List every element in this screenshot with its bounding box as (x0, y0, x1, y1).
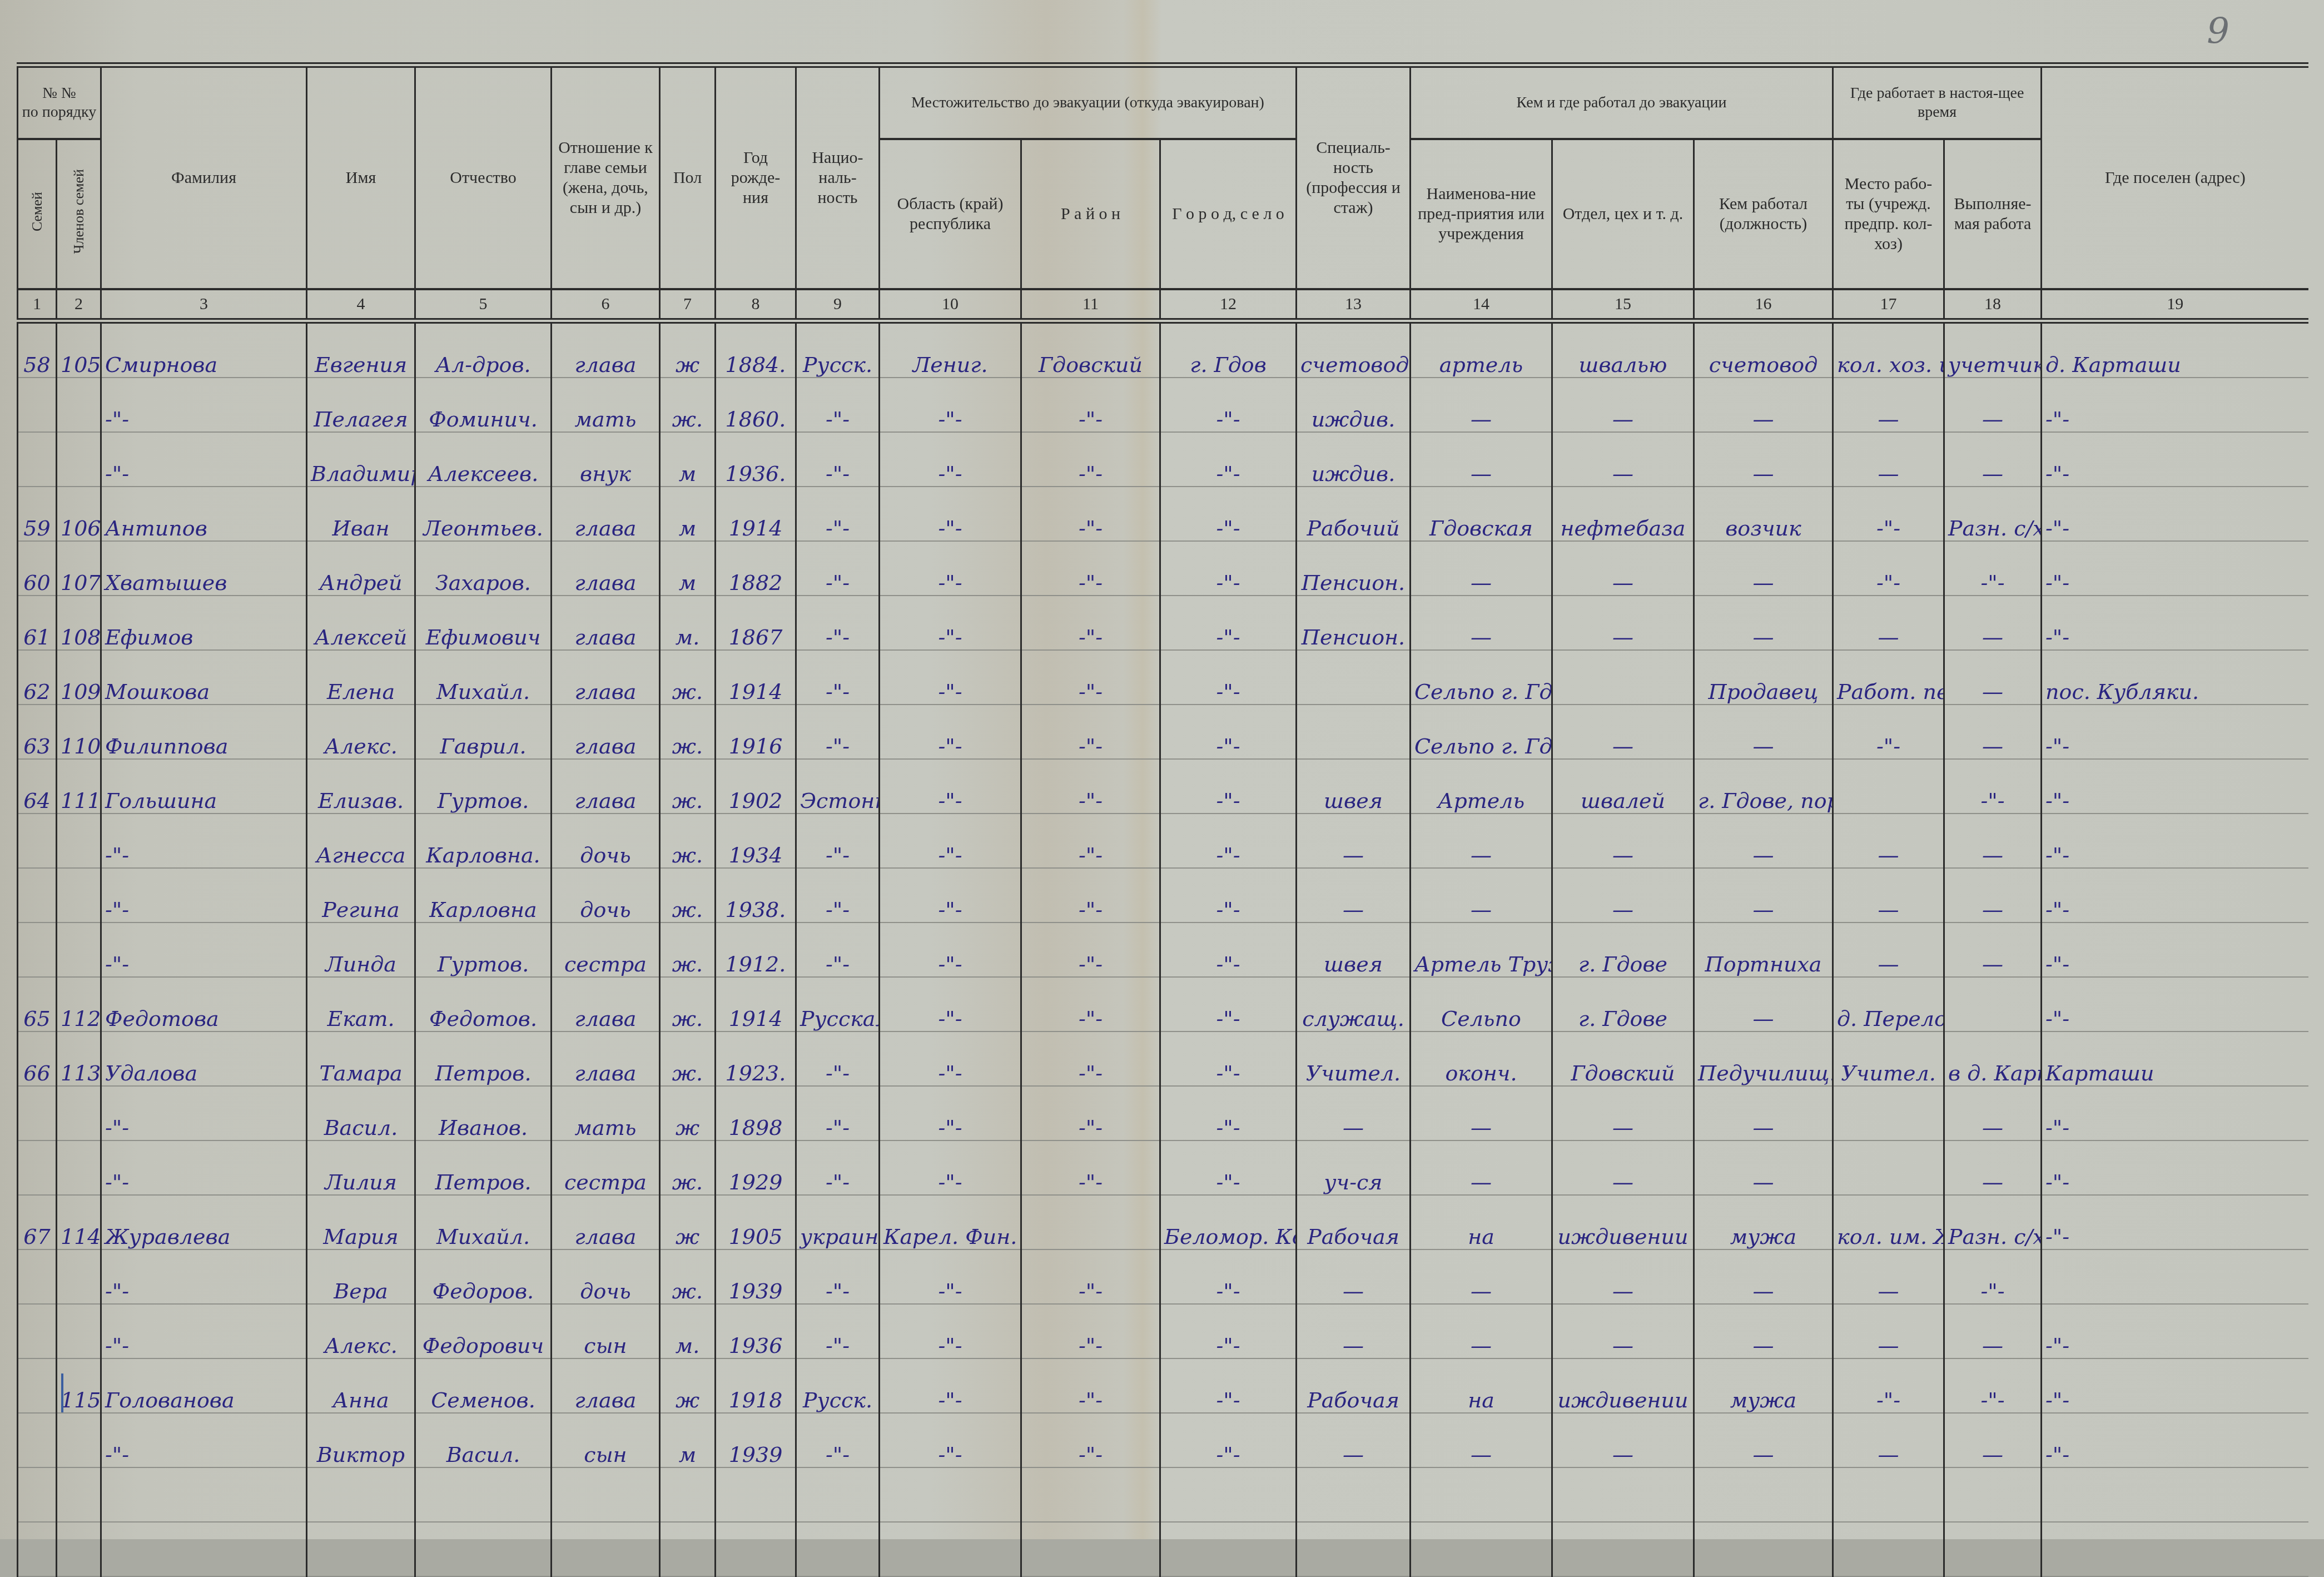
cell-member-no: 111 (57, 759, 101, 814)
cell-department: — (1552, 1140, 1694, 1195)
cell-family-no: 61 (18, 596, 57, 650)
cell-relation: сестра (552, 923, 660, 977)
cell-patronymic: Гуртов. (415, 759, 552, 814)
cell-nationality: -"- (796, 814, 880, 868)
table-row: 61108ЕфимовАлексейЕфимовичглавам.1867-"-… (18, 596, 2308, 650)
cell-settled: -"- (2042, 705, 2308, 759)
table-row: 62109МошковаЕленаМихайл.главаж.1914-"--"… (18, 650, 2308, 705)
cell-workplace: Учител. (1833, 1032, 1944, 1086)
cell-department: нефтебаза (1552, 487, 1694, 541)
cell-first-name: Пелагея (307, 378, 415, 432)
cell-district: -"- (1021, 541, 1160, 596)
page-number: 9 (2207, 11, 2229, 52)
cell-member-no (57, 868, 101, 923)
cell-family-no (18, 1086, 57, 1140)
cell-relation: мать (552, 378, 660, 432)
cell-nationality: Русская (796, 977, 880, 1032)
cell-current-job: -"- (1944, 1358, 2042, 1413)
header-current-work-group: Где работает в настоя-щее время (1833, 65, 2042, 139)
cell-first-name: Елизав. (307, 759, 415, 814)
cell-first-name: Линда (307, 923, 415, 977)
cell-birth-year: 1939 (716, 1249, 796, 1304)
cell-specialty: — (1297, 1413, 1411, 1467)
cell-relation: глава (552, 321, 660, 378)
cell-relation: глава (552, 487, 660, 541)
cell-relation: дочь (552, 1249, 660, 1304)
cell-region: -"- (880, 868, 1021, 923)
cell-specialty: — (1297, 1249, 1411, 1304)
cell-family-no: 59 (18, 487, 57, 541)
header-birth-year: Год рожде-ния (716, 65, 796, 289)
cell-surname: -"- (101, 432, 307, 487)
cell-position: — (1694, 1249, 1833, 1304)
cell-enterprise: на (1411, 1358, 1552, 1413)
cell-settled: -"- (2042, 977, 2308, 1032)
cell-family-no (18, 923, 57, 977)
header-current-job: Выполняе-мая работа (1944, 139, 2042, 289)
cell-birth-year: 1914 (716, 977, 796, 1032)
cell-department: — (1552, 541, 1694, 596)
cell-settled: -"- (2042, 1413, 2308, 1467)
header-order-group: № № по порядку (18, 65, 101, 139)
cell-nationality: -"- (796, 1140, 880, 1195)
cell-district: -"- (1021, 814, 1160, 868)
cell-department: — (1552, 814, 1694, 868)
cell-enterprise: Артель Труженик (1411, 923, 1552, 977)
cell-first-name: Тамара (307, 1032, 415, 1086)
cell-member-no: 110 (57, 705, 101, 759)
cell-first-name: Алекс. (307, 705, 415, 759)
cell-workplace: Работ. перевоз. (1833, 650, 1944, 705)
cell-district: -"- (1021, 1086, 1160, 1140)
cell-first-name: Владимир (307, 432, 415, 487)
cell-patronymic: Леонтьев. (415, 487, 552, 541)
cell-department: — (1552, 1413, 1694, 1467)
cell-patronymic: Гуртов. (415, 923, 552, 977)
cell-workplace: кол. хоз. им. Жданова (1833, 321, 1944, 378)
header-relation: Отношение к главе семьи (жена, дочь, сын… (552, 65, 660, 289)
cell-enterprise: — (1411, 1140, 1552, 1195)
cell-district: -"- (1021, 1358, 1160, 1413)
cell-region: -"- (880, 1304, 1021, 1358)
table-row: -"-АгнессаКарловна.дочьж.1934-"--"--"--"… (18, 814, 2308, 868)
cell-city: -"- (1160, 650, 1297, 705)
cell-specialty: Учител. (1297, 1032, 1411, 1086)
cell-nationality: -"- (796, 705, 880, 759)
header-region: Область (край) республика (880, 139, 1021, 289)
cell-nationality: -"- (796, 868, 880, 923)
cell-birth-year: 1934 (716, 814, 796, 868)
cell-surname: -"- (101, 378, 307, 432)
cell-enterprise: — (1411, 378, 1552, 432)
cell-settled: -"- (2042, 1140, 2308, 1195)
cell-member-no (57, 1304, 101, 1358)
cell-enterprise: оконч. (1411, 1032, 1552, 1086)
cell-relation: сестра (552, 1140, 660, 1195)
cell-family-no: 65 (18, 977, 57, 1032)
cell-settled: -"- (2042, 1195, 2308, 1249)
cell-patronymic: Васил. (415, 1413, 552, 1467)
cell-specialty: Рабочая (1297, 1195, 1411, 1249)
cell-position: счетовод (1694, 321, 1833, 378)
header-department: Отдел, цех и т. д. (1552, 139, 1694, 289)
cell-patronymic: Гаврил. (415, 705, 552, 759)
cell-settled: пос. Кубляки. (2042, 650, 2308, 705)
cell-current-job: -"- (1944, 1249, 2042, 1304)
cell-district: -"- (1021, 923, 1160, 977)
column-number: 12 (1160, 289, 1297, 321)
cell-member-no (57, 814, 101, 868)
column-number: 17 (1833, 289, 1944, 321)
cell-current-job: — (1944, 923, 2042, 977)
table-row: -"-РегинаКарловнадочьж.1938.-"--"--"--"-… (18, 868, 2308, 923)
cell-birth-year: 1939 (716, 1413, 796, 1467)
cell-first-name: Алексей (307, 596, 415, 650)
evacuee-register-table: № № по порядку Фамилия Имя Отчество Отно… (17, 62, 2308, 1539)
cell-district: -"- (1021, 378, 1160, 432)
header-sex: Пол (660, 65, 716, 289)
cell-nationality: -"- (796, 378, 880, 432)
cell-birth-year: 1916 (716, 705, 796, 759)
cell-department: г. Гдове (1552, 923, 1694, 977)
cell-family-no (18, 1358, 57, 1413)
cell-patronymic: Карловна (415, 868, 552, 923)
cell-position: Педучилищ. (1694, 1032, 1833, 1086)
cell-relation: глава (552, 759, 660, 814)
cell-nationality: -"- (796, 650, 880, 705)
cell-relation: глава (552, 650, 660, 705)
cell-region: -"- (880, 1032, 1021, 1086)
cell-current-job: Разн. с/х работ. (1944, 1195, 2042, 1249)
cell-enterprise: — (1411, 541, 1552, 596)
cell-enterprise: артель (1411, 321, 1552, 378)
column-number: 13 (1297, 289, 1411, 321)
cell-current-job: — (1944, 378, 2042, 432)
cell-nationality: -"- (796, 923, 880, 977)
cell-region: -"- (880, 1358, 1021, 1413)
column-numbers-row: 12345678910111213141516171819 (18, 289, 2308, 321)
cell-nationality: -"- (796, 1032, 880, 1086)
cell-birth-year: 1914 (716, 487, 796, 541)
cell-patronymic: Федотов. (415, 977, 552, 1032)
cell-current-job (1944, 977, 2042, 1032)
column-number: 15 (1552, 289, 1694, 321)
cell-workplace: д. Перелоги (1833, 977, 1944, 1032)
cell-enterprise: — (1411, 1304, 1552, 1358)
cell-department: — (1552, 596, 1694, 650)
cell-current-job: -"- (1944, 759, 2042, 814)
cell-district: Гдовский (1021, 321, 1160, 378)
cell-settled: -"- (2042, 432, 2308, 487)
cell-district (1021, 1195, 1160, 1249)
cell-member-no: 109 (57, 650, 101, 705)
cell-settled: -"- (2042, 378, 2308, 432)
cell-workplace (1833, 1086, 1944, 1140)
cell-enterprise: Артель (1411, 759, 1552, 814)
cell-district: -"- (1021, 487, 1160, 541)
cell-surname: Мошкова (101, 650, 307, 705)
cell-enterprise: на (1411, 1195, 1552, 1249)
header-settled: Где поселен (адрес) (2042, 65, 2308, 289)
cell-position: — (1694, 1140, 1833, 1195)
cell-workplace: -"- (1833, 705, 1944, 759)
cell-relation: дочь (552, 814, 660, 868)
cell-birth-year: 1867 (716, 596, 796, 650)
margin-pencil-mark (61, 1373, 97, 1412)
cell-city: -"- (1160, 596, 1297, 650)
cell-city: -"- (1160, 814, 1297, 868)
column-number: 8 (716, 289, 796, 321)
cell-member-no: 112 (57, 977, 101, 1032)
cell-current-job: — (1944, 1086, 2042, 1140)
header-members: Членов семей (57, 139, 101, 289)
cell-surname: Гольшина (101, 759, 307, 814)
cell-enterprise: Гдовская (1411, 487, 1552, 541)
cell-specialty: уч-ся (1297, 1140, 1411, 1195)
cell-city: -"- (1160, 1140, 1297, 1195)
cell-patronymic: Федорович (415, 1304, 552, 1358)
cell-current-job: — (1944, 1413, 2042, 1467)
cell-family-no (18, 1304, 57, 1358)
cell-position: — (1694, 596, 1833, 650)
cell-enterprise: — (1411, 1249, 1552, 1304)
column-number: 19 (2042, 289, 2308, 321)
cell-patronymic: Михайл. (415, 1195, 552, 1249)
table-row: -"-ВераФедоров.дочьж.1939-"--"--"--"-———… (18, 1249, 2308, 1304)
cell-surname: Филиппова (101, 705, 307, 759)
cell-current-job: учетчик (1944, 321, 2042, 378)
cell-surname: Голованова (101, 1358, 307, 1413)
table-row: 65112ФедотоваЕкат.Федотов.главаж.1914Рус… (18, 977, 2308, 1032)
cell-sex: ж. (660, 977, 716, 1032)
table-row: -"-ЛиндаГуртов.сестраж.1912.-"--"--"--"-… (18, 923, 2308, 977)
cell-workplace: -"- (1833, 1358, 1944, 1413)
cell-member-no (57, 432, 101, 487)
cell-first-name: Агнесса (307, 814, 415, 868)
cell-member-no (57, 1249, 101, 1304)
cell-department: — (1552, 378, 1694, 432)
cell-settled: Карташи (2042, 1032, 2308, 1086)
cell-city: -"- (1160, 977, 1297, 1032)
cell-specialty: иждив. (1297, 432, 1411, 487)
table-row: -"-Алекс.Федоровичсынм.1936-"--"--"--"-—… (18, 1304, 2308, 1358)
cell-department: иждивении (1552, 1358, 1694, 1413)
cell-position: — (1694, 378, 1833, 432)
column-number: 16 (1694, 289, 1833, 321)
cell-position: — (1694, 432, 1833, 487)
cell-city: -"- (1160, 1358, 1297, 1413)
cell-sex: ж. (660, 814, 716, 868)
cell-nationality: -"- (796, 1304, 880, 1358)
cell-position: — (1694, 814, 1833, 868)
cell-workplace (1833, 759, 1944, 814)
cell-relation: внук (552, 432, 660, 487)
cell-patronymic: Иванов. (415, 1086, 552, 1140)
cell-city: -"- (1160, 923, 1297, 977)
cell-region: -"- (880, 1086, 1021, 1140)
cell-surname: Федотова (101, 977, 307, 1032)
cell-settled: -"- (2042, 541, 2308, 596)
cell-surname: -"- (101, 1140, 307, 1195)
table-row: 67114ЖуравлеваМарияМихайл.главаж1905укра… (18, 1195, 2308, 1249)
cell-sex: ж (660, 1195, 716, 1249)
cell-position: — (1694, 868, 1833, 923)
cell-birth-year: 1860. (716, 378, 796, 432)
cell-first-name: Регина (307, 868, 415, 923)
cell-specialty: Пенсион. (1297, 596, 1411, 650)
cell-position: — (1694, 1086, 1833, 1140)
cell-member-no (57, 1413, 101, 1467)
cell-patronymic: Петров. (415, 1140, 552, 1195)
cell-surname: Ефимов (101, 596, 307, 650)
cell-department: г. Гдове (1552, 977, 1694, 1032)
cell-district: -"- (1021, 1249, 1160, 1304)
cell-enterprise: — (1411, 432, 1552, 487)
cell-patronymic: Семенов. (415, 1358, 552, 1413)
cell-region: -"- (880, 1413, 1021, 1467)
cell-region: -"- (880, 923, 1021, 977)
cell-family-no (18, 1413, 57, 1467)
header-residence-group: Местожительство до эвакуации (откуда эва… (880, 65, 1297, 139)
cell-specialty: служащ. (1297, 977, 1411, 1032)
cell-relation: сын (552, 1304, 660, 1358)
table-row: 58105СмирноваЕвгенияАл-дров.главаж1884.Р… (18, 321, 2308, 378)
cell-first-name: Елена (307, 650, 415, 705)
cell-specialty: — (1297, 814, 1411, 868)
header-nationality: Нацио-наль-ность (796, 65, 880, 289)
cell-first-name: Вера (307, 1249, 415, 1304)
cell-surname: -"- (101, 1413, 307, 1467)
cell-specialty: иждив. (1297, 378, 1411, 432)
cell-first-name: Иван (307, 487, 415, 541)
cell-member-no (57, 923, 101, 977)
table-row: 115ГоловановаАннаСеменов.главаж1918Русск… (18, 1358, 2308, 1413)
cell-relation: глава (552, 596, 660, 650)
table-row: 64111ГольшинаЕлизав.Гуртов.главаж.1902Эс… (18, 759, 2308, 814)
cell-settled: -"- (2042, 759, 2308, 814)
cell-surname: Журавлева (101, 1195, 307, 1249)
cell-patronymic: Федоров. (415, 1249, 552, 1304)
cell-department: — (1552, 432, 1694, 487)
column-number: 18 (1944, 289, 2042, 321)
cell-workplace: — (1833, 432, 1944, 487)
cell-settled: -"- (2042, 1086, 2308, 1140)
cell-sex: ж. (660, 705, 716, 759)
cell-position: Портниха (1694, 923, 1833, 977)
cell-region: -"- (880, 650, 1021, 705)
register-page: 9 № № по порядку Фамилия Имя Отчество От… (0, 0, 2324, 1539)
cell-nationality: -"- (796, 432, 880, 487)
cell-surname: Смирнова (101, 321, 307, 378)
table-row: 63110ФилипповаАлекс.Гаврил.главаж.1916-"… (18, 705, 2308, 759)
cell-district: -"- (1021, 759, 1160, 814)
cell-position: Продавец (1694, 650, 1833, 705)
cell-district: -"- (1021, 650, 1160, 705)
cell-first-name: Екат. (307, 977, 415, 1032)
cell-current-job: -"- (1944, 541, 2042, 596)
cell-district: -"- (1021, 705, 1160, 759)
cell-region: -"- (880, 541, 1021, 596)
cell-member-no: 105 (57, 321, 101, 378)
cell-region: Карел. Фин. С.С.Р. (880, 1195, 1021, 1249)
cell-specialty (1297, 650, 1411, 705)
cell-patronymic: Карловна. (415, 814, 552, 868)
cell-city: -"- (1160, 432, 1297, 487)
empty-row (18, 1522, 2308, 1539)
cell-member-no (57, 1086, 101, 1140)
header-district: Р а й о н (1021, 139, 1160, 289)
cell-specialty: швея (1297, 759, 1411, 814)
cell-birth-year: 1902 (716, 759, 796, 814)
column-number: 14 (1411, 289, 1552, 321)
header-prev-work-group: Кем и где работал до эвакуации (1411, 65, 1833, 139)
cell-family-no (18, 1249, 57, 1304)
cell-birth-year: 1905 (716, 1195, 796, 1249)
cell-enterprise: — (1411, 814, 1552, 868)
cell-specialty: Рабочий (1297, 487, 1411, 541)
cell-workplace: — (1833, 596, 1944, 650)
cell-patronymic: Фоминич. (415, 378, 552, 432)
cell-city: г. Гдов (1160, 321, 1297, 378)
cell-family-no: 60 (18, 541, 57, 596)
cell-sex: ж. (660, 923, 716, 977)
cell-member-no: 114 (57, 1195, 101, 1249)
cell-birth-year: 1923. (716, 1032, 796, 1086)
cell-nationality: -"- (796, 1413, 880, 1467)
cell-birth-year: 1936 (716, 1304, 796, 1358)
cell-first-name: Лилия (307, 1140, 415, 1195)
header-name: Имя (307, 65, 415, 289)
cell-city: -"- (1160, 1249, 1297, 1304)
cell-surname: -"- (101, 1086, 307, 1140)
cell-city: -"- (1160, 487, 1297, 541)
column-number: 9 (796, 289, 880, 321)
cell-current-job: — (1944, 868, 2042, 923)
cell-workplace: кол. им. Жданова (1833, 1195, 1944, 1249)
cell-region: -"- (880, 705, 1021, 759)
cell-workplace (1833, 1140, 1944, 1195)
cell-department: — (1552, 705, 1694, 759)
cell-member-no: 113 (57, 1032, 101, 1086)
header-patronymic: Отчество (415, 65, 552, 289)
cell-position: возчик (1694, 487, 1833, 541)
cell-workplace: — (1833, 814, 1944, 868)
cell-enterprise: Сельпо г. Гдове (1411, 650, 1552, 705)
cell-district: -"- (1021, 432, 1160, 487)
cell-district: -"- (1021, 977, 1160, 1032)
cell-enterprise: — (1411, 1086, 1552, 1140)
cell-region: -"- (880, 1249, 1021, 1304)
cell-specialty: швея (1297, 923, 1411, 977)
cell-birth-year: 1898 (716, 1086, 796, 1140)
cell-member-no: 106 (57, 487, 101, 541)
cell-nationality: -"- (796, 596, 880, 650)
column-number: 10 (880, 289, 1021, 321)
cell-family-no (18, 432, 57, 487)
cell-sex: ж. (660, 378, 716, 432)
cell-nationality: Русск. (796, 1358, 880, 1413)
column-number: 7 (660, 289, 716, 321)
cell-settled: -"- (2042, 814, 2308, 868)
cell-sex: ж. (660, 759, 716, 814)
cell-department: — (1552, 1304, 1694, 1358)
table-row: 59106АнтиповИванЛеонтьев.главам1914-"--"… (18, 487, 2308, 541)
cell-region: Лениг. (880, 321, 1021, 378)
cell-position: — (1694, 541, 1833, 596)
cell-family-no (18, 1140, 57, 1195)
cell-enterprise: Сельпо г. Гдове (1411, 705, 1552, 759)
cell-current-job: — (1944, 432, 2042, 487)
